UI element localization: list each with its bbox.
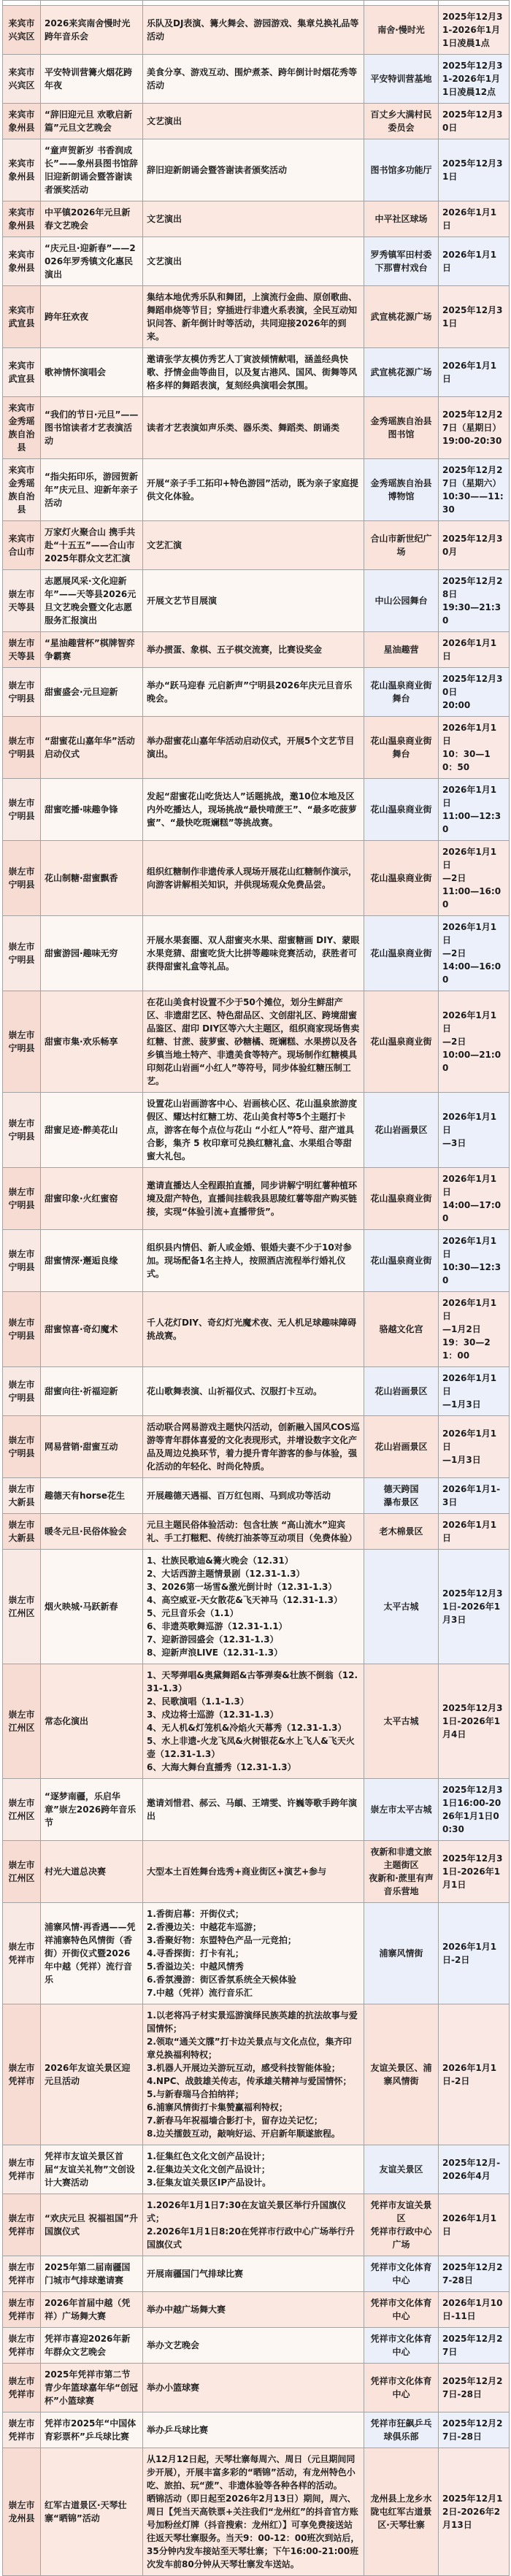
event-name-cell: 烟火映城·马跃新春 — [41, 1550, 143, 1664]
date-cell: 2025年12月27日-28日 — [439, 2364, 510, 2412]
venue-cell: 武宣桃花源广场 — [364, 348, 439, 397]
venue-cell: 太平古城 — [364, 1664, 439, 1779]
region-cell: 崇左市凭祥市 — [3, 1903, 41, 2004]
event-name-cell: 2025年凭祥市第二节青少年篮球嘉年华“创冠杯”小篮球赛 — [41, 2364, 143, 2412]
event-name-cell: 甜蜜向往·祈福迎新 — [41, 1367, 143, 1416]
venue-cell: 崇左市太平古城 — [364, 1779, 439, 1841]
event-content-cell: 1、壮族民歌迪&篝火晚会（12.31） 2、大话西游主题情景剧（12.31-1.… — [143, 1550, 364, 1664]
date-cell: 2025年12月27-28日 — [439, 2256, 510, 2292]
event-name-cell: 跨年狂欢夜 — [41, 286, 143, 348]
event-name-cell: “童声贺新岁 书香润成长”——象州县图书馆辞旧迎新朗诵会暨答谢读者颁奖活动 — [41, 139, 143, 201]
event-content-cell: 1.以老将冯子材实景巡游演绎民族英雄的抗法故事与爱国情怀； 2.领取“通关文牒”… — [143, 2004, 364, 2145]
event-name-cell: 2025年第二届南疆国门城市气排球邀请赛 — [41, 2256, 143, 2292]
venue-cell: 浦寨风情街 — [364, 1903, 439, 2004]
table-row: 来宾市象州县 “庆元旦·迎新春”——2026年罗秀镇文化惠民演出 文艺演出 罗秀… — [3, 237, 510, 286]
date-cell: 2026年1月1日 —1月3日 — [439, 1416, 510, 1478]
region-cell: 崇左市宁明县 — [3, 841, 41, 916]
table-row: 崇左市天等县 志愿展风采·文化迎新年”——天等县2026元旦文艺晚会暨文化志愿服… — [3, 570, 510, 632]
event-content-cell: 组织红糖制作非遗传承人现场开展花山红糖制作演示，向游客讲解相关知识，并供现场观众… — [143, 841, 364, 916]
event-content-cell: 从12月12日起，天琴壮寨每周六、周日（元旦期间同步开展），开展丰富多彩的“晒锦… — [143, 2448, 364, 2576]
event-content-cell: 文艺汇演 — [143, 521, 364, 570]
date-cell: 2025年12月31日16:00-2026年1月1日00:30 — [439, 1779, 510, 1841]
event-content-cell: 开展文艺节目展演 — [143, 570, 364, 632]
table-row: 来宾市武宣县 跨年狂欢夜 集结本地优秀乐队和舞团，上演流行金曲、原创歌曲、舞蹈串… — [3, 286, 510, 348]
date-cell: 2025年12月27日 — [439, 2328, 510, 2364]
event-name-cell: 甜蜜足迹·醉美花山 — [41, 1093, 143, 1168]
venue-cell: 金秀瑶族自治县博物馆 — [364, 459, 439, 521]
event-content-cell: 美食分享、游戏互动、围炉煮茶、跨年倒计时烟花秀等活动 — [143, 55, 364, 104]
region-cell: 崇左市凭祥市 — [3, 2145, 41, 2194]
region-cell: 崇左市宁明县 — [3, 916, 41, 991]
event-content-cell: 举办文艺晚会 — [143, 2328, 364, 2364]
event-name-cell: 志愿展风采·文化迎新年”——天等县2026元旦文艺晚会暨文化志愿服务汇报演出 — [41, 570, 143, 632]
region-cell: 崇左市江州区 — [3, 1550, 41, 1664]
event-content-cell: 举办甜蜜花山嘉年华活动启动仪式，开展5个文艺节目演出。 — [143, 717, 364, 779]
venue-cell: 花山岩画景区 — [364, 1367, 439, 1416]
event-content-cell: 开展水果套圈、双人甜蜜夹水果、甜蜜糖画 DIY、蒙眼水果竞猜、甜蜜吃货大比拼等趣… — [143, 916, 364, 991]
region-cell: 崇左市江州区 — [3, 1841, 41, 1903]
date-cell: 2026年1月1日 —2日 10:00—21:00 — [439, 991, 510, 1093]
event-content-cell: 1.征集红色文化文创产品设计； 2.征集边关文化文创产品设计； 3.征集友谊关景… — [143, 2145, 364, 2194]
event-name-cell: “星油趣营杯”棋牌智弈争霸赛 — [41, 632, 143, 668]
table-row: 崇左市大新县 暖冬元旦·民俗体验会 元旦主题民俗体验活动：包含壮族 “高山流水”… — [3, 1514, 510, 1550]
event-content-cell: 文艺演出 — [143, 104, 364, 139]
date-cell: 2026年1月1日 — [439, 1514, 510, 1550]
event-content-cell: 发起“甜蜜花山吃货达人”话题挑战，邀10位本地及区内外吃播达人，现场挑战“最快啃… — [143, 779, 364, 841]
event-content-cell: 1.香街启幕：开街仪式； 2.香漫边关：中越花车巡游； 3.香聚好物：东盟特色产… — [143, 1903, 364, 2004]
date-cell: 2025年12月28日 19:30—21:30 — [439, 570, 510, 632]
venue-cell: 凭祥市文化体育中心 — [364, 2256, 439, 2292]
event-content-cell: 举办乒乓球比赛 — [143, 2412, 364, 2448]
date-cell: 2025年12月30日 20:00 — [439, 668, 510, 717]
event-content-cell: 花山歌舞表演、山祈福仪式、汉服打卡互动。 — [143, 1367, 364, 1416]
table-row: 崇左市江州区 常态化演出 1、天琴弹唱&奥黛舞蹈&古筝弹奏&壮族不倒翁（12.3… — [3, 1664, 510, 1779]
table-row: 崇左市凭祥市 浦寨风情·再香遇——凭祥浦寨特色风情街（香街）开街仪式暨2026年… — [3, 1903, 510, 2004]
venue-cell: 平安特训营基地 — [364, 55, 439, 104]
venue-cell: 花山温泉商业街 — [364, 916, 439, 991]
event-name-cell: 甜蜜印象·火红蜜窑 — [41, 1168, 143, 1230]
table-row: 崇左市凭祥市 2025年第二届南疆国门城市气排球邀请赛 开展南疆国门气排球比赛 … — [3, 2256, 510, 2292]
table-row: 崇左市龙州县 红军古道景区·天琴壮寨“晒锦”活动 从12月12日起，天琴壮寨每周… — [3, 2448, 510, 2576]
table-row: 崇左市宁明县 甜蜜印象·火红蜜窑 邀请直播达人全程跟拍直播，同步讲解宁明红薯种植… — [3, 1168, 510, 1230]
event-name-cell: 暖冬元旦·民俗体验会 — [41, 1514, 143, 1550]
region-cell: 崇左市宁明县 — [3, 1367, 41, 1416]
region-cell: 崇左市凭祥市 — [3, 2256, 41, 2292]
region-cell: 崇左市宁明县 — [3, 668, 41, 717]
event-content-cell: 文艺演出 — [143, 201, 364, 237]
event-content-cell: 千人花灯DIY、奇幻灯光魔术夜、无人机足球趣味障碍挑战赛。 — [143, 1292, 364, 1367]
table-row: 崇左市宁明县 花山制糖·甜蜜飘香 组织红糖制作非遗传承人现场开展花山红糖制作演示… — [3, 841, 510, 916]
region-cell: 崇左市大新县 — [3, 1514, 41, 1550]
venue-cell: 友谊关景区、浦寨风情街 — [364, 2004, 439, 2145]
region-cell: 崇左市江州区 — [3, 1664, 41, 1779]
region-cell: 崇左市宁明县 — [3, 717, 41, 779]
venue-cell: 武宣桃花源广场 — [364, 286, 439, 348]
table-row: 崇左市宁明县 “甜蜜花山嘉年华”活动启动仪式 举办甜蜜花山嘉年华活动启动仪式，开… — [3, 717, 510, 779]
region-cell: 崇左市天等县 — [3, 632, 41, 668]
event-content-cell: 举办小篮球赛 — [143, 2364, 364, 2412]
venue-cell: 南舍·慢时光 — [364, 6, 439, 55]
venue-cell: 夜新和非遗文旅主题街区 夜新和·蔗里有声音乐营地 — [364, 1841, 439, 1903]
table-row: 崇左市宁明县 甜蜜足迹·醉美花山 设置花山岩画游客中心、岩画核心区、花山温泉旅游… — [3, 1093, 510, 1168]
date-cell: 2025年12月27日（星期六）10:30——11:30 — [439, 459, 510, 521]
date-cell: 2026年1月1日 — [439, 2194, 510, 2256]
table-row: 崇左市宁明县 网易营销·甜蜜互动 活动联合网易游戏主题快闪活动，创新融入国风CO… — [3, 1416, 510, 1478]
event-content-cell: 1、天琴弹唱&奥黛舞蹈&古筝弹奏&壮族不倒翁（12.31-1.3） 2、民歌演唱… — [143, 1664, 364, 1779]
date-cell: 2026年1月1日 10:30—12:30 — [439, 1230, 510, 1292]
table-row: 来宾市兴宾区 平安特训营篝火烟花跨年夜 美食分享、游戏互动、围炉煮茶、跨年倒计时… — [3, 55, 510, 104]
event-content-cell: 设置花山岩画游客中心、岩画核心区、花山温泉旅游度假区、耀达村红糖工坊、花山美食村… — [143, 1093, 364, 1168]
region-cell: 崇左市天等县 — [3, 570, 41, 632]
venue-cell: 金秀瑶族自治县图书馆 — [364, 397, 439, 459]
events-table-page: 来宾市兴宾区 2026来宾南舍慢时光跨年音乐会 乐队及DJ表演、篝火舞会、游园游… — [0, 0, 511, 2576]
event-name-cell: 趣德天有horse花生 — [41, 1478, 143, 1514]
region-cell: 崇左市凭祥市 — [3, 2328, 41, 2364]
event-content-cell: 邀请直播达人全程跟拍直播，同步讲解宁明红薯种植环境及甜产特色，直播间挂载我县思陵… — [143, 1168, 364, 1230]
venue-cell: 星油趣营 — [364, 632, 439, 668]
event-name-cell: “庆元旦·迎新春”——2026年罗秀镇文化惠民演出 — [41, 237, 143, 286]
event-content-cell: 开展南疆国门气排球比赛 — [143, 2256, 364, 2292]
region-cell: 崇左市宁明县 — [3, 1230, 41, 1292]
venue-cell: 合山市新世纪广场 — [364, 521, 439, 570]
events-table: 来宾市兴宾区 2026来宾南舍慢时光跨年音乐会 乐队及DJ表演、篝火舞会、游园游… — [2, 0, 510, 2576]
event-name-cell: 凭祥市2025年“中国体育彩票杯”乒乓球比赛 — [41, 2412, 143, 2448]
date-cell: 2025年12月31日-2026年1月3日 — [439, 1550, 510, 1664]
event-name-cell: 甜蜜盛会·元旦迎新 — [41, 668, 143, 717]
date-cell: 2026年1月1日 —3日 — [439, 1093, 510, 1168]
event-content-cell: 集结本地优秀乐队和舞团，上演流行金曲、原创歌曲、舞蹈串烧等节目；穿插进行非遗火系… — [143, 286, 364, 348]
event-content-cell: 邀请刘惜君、郝云、马頔、王靖雯、许巍等歌手跨年演出 — [143, 1779, 364, 1841]
date-cell: 2025年12月27日-28日 — [439, 2412, 510, 2448]
date-cell: 2026年1月1日 14:00—17:00 — [439, 1168, 510, 1230]
event-name-cell: 中平镇2026年元旦新春文艺晚会 — [41, 201, 143, 237]
event-content-cell: 开展“亲子手工拓印+特色游园”活动，既为亲子家庭提供文化体验。 — [143, 459, 364, 521]
event-content-cell: 读者才艺表演如声乐类、器乐类、舞蹈类、朗诵类 — [143, 397, 364, 459]
event-name-cell: “甜蜜花山嘉年华”活动启动仪式 — [41, 717, 143, 779]
event-content-cell: 开展趣德天遇福、百万红包雨、马到成功等活动 — [143, 1478, 364, 1514]
region-cell: 崇左市宁明县 — [3, 779, 41, 841]
venue-cell: 花山温泉商业街 — [364, 1168, 439, 1230]
region-cell: 来宾市兴宾区 — [3, 55, 41, 104]
event-content-cell: 元旦主题民俗体验活动：包含壮族 “高山流水”迎宾礼、手工打糍粑、传统打油茶等互动… — [143, 1514, 364, 1550]
region-cell: 来宾市象州县 — [3, 237, 41, 286]
event-name-cell: “我们的节日·元旦”—— 图书馆读者才艺表演活动 — [41, 397, 143, 459]
event-name-cell: 甜蜜游园·趣味无穷 — [41, 916, 143, 991]
date-cell: 2026年1月1日 — [439, 201, 510, 237]
region-cell: 崇左市凭祥市 — [3, 2004, 41, 2145]
venue-cell: 凭祥市文化体育中心 — [364, 2292, 439, 2328]
venue-cell: 骆越文化宫 — [364, 1292, 439, 1367]
venue-cell: 花山温泉商业街 — [364, 779, 439, 841]
event-content-cell: 乐队及DJ表演、篝火舞会、游园游戏、集章兑换礼品等活动 — [143, 6, 364, 55]
region-cell: 崇左市凭祥市 — [3, 2292, 41, 2328]
date-cell: 2026年1月1日-2日 — [439, 2004, 510, 2145]
event-content-cell: 在花山美食村设置不少于50个摊位，划分生鲜甜产区、非遗甜艺区、特色甜品区、文创甜… — [143, 991, 364, 1093]
table-row: 崇左市凭祥市 2026年友谊关景区迎元旦活动 1.以老将冯子材实景巡游演绎民族英… — [3, 2004, 510, 2145]
venue-cell: 龙州县上龙乡水陇屯红军古道景区·天琴壮寨 — [364, 2448, 439, 2576]
date-cell: 2025年12月27日（星期日）19:00-20:30 — [439, 397, 510, 459]
date-cell: 2025年12月31日-2026年1月4日 — [439, 1664, 510, 1779]
region-cell: 来宾市武宣县 — [3, 286, 41, 348]
event-content-cell: 活动联合网易游戏主题快闪活动，创新融入国风COS巡游等青年群体喜爱的文化表现形式… — [143, 1416, 364, 1478]
region-cell: 崇左市宁明县 — [3, 991, 41, 1093]
region-cell: 崇左市宁明县 — [3, 1292, 41, 1367]
date-cell: 2025年12月31-2026年1月1日凌晨12点 — [439, 55, 510, 104]
event-name-cell: 常态化演出 — [41, 1664, 143, 1779]
date-cell: 2026年1月1日 10：30—10：50 — [439, 717, 510, 779]
date-cell: 2026年1月1日 —1月2日 19：30—21：00 — [439, 1292, 510, 1367]
date-cell: 2025年12月31日 — [439, 286, 510, 348]
region-cell: 崇左市凭祥市 — [3, 2412, 41, 2448]
event-name-cell: 2026年首届中越（凭祥）广场舞大赛 — [41, 2292, 143, 2328]
table-row: 崇左市江州区 “逐梦南疆，乐启华章”崇左2026跨年音乐节 邀请刘惜君、郝云、马… — [3, 1779, 510, 1841]
table-row: 来宾市武宣县 歌神情怀演唱会 邀请张学友模仿秀艺人丁寅波倾情献唱，涵盖经典快歌、… — [3, 348, 510, 397]
table-row: 来宾市象州县 “童声贺新岁 书香润成长”——象州县图书馆辞旧迎新朗诵会暨答谢读者… — [3, 139, 510, 201]
table-row: 来宾市金秀瑶族自治县 “指尖拓印乐，游园贺新年”庆元旦、迎新年亲子活动 开展“亲… — [3, 459, 510, 521]
region-cell: 来宾市合山市 — [3, 521, 41, 570]
date-cell: 2026年1月1-3日 — [439, 1478, 510, 1514]
table-row: 来宾市兴宾区 2026来宾南舍慢时光跨年音乐会 乐队及DJ表演、篝火舞会、游园游… — [3, 6, 510, 55]
event-name-cell: 甜蜜吃播·味趣争锋 — [41, 779, 143, 841]
table-row: 崇左市凭祥市 凭祥市友谊关景区首届“友谊关礼物”文创设计大赛活动 1.征集红色文… — [3, 2145, 510, 2194]
region-cell: 崇左市龙州县 — [3, 2448, 41, 2576]
date-cell: 2026年1月1日-2日 — [439, 1903, 510, 2004]
event-name-cell: 2026来宾南舍慢时光跨年音乐会 — [41, 6, 143, 55]
region-cell: 崇左市宁明县 — [3, 1093, 41, 1168]
venue-cell: 凭祥市友谊关景区 凭祥市行政中心广场 — [364, 2194, 439, 2256]
date-cell: 2026年1月1日 —2日 14:00—16:00 — [439, 916, 510, 991]
event-name-cell: “欢庆元旦 祝福祖国”升国旗仪式 — [41, 2194, 143, 2256]
region-cell: 来宾市金秀瑶族自治县 — [3, 397, 41, 459]
region-cell: 崇左市宁明县 — [3, 1168, 41, 1230]
venue-cell: 花山温泉商业街舞台 — [364, 668, 439, 717]
cropped-top-row — [3, 1, 510, 6]
event-content-cell: 举办掼蛋、象棋、五子棋交流赛，比赛设奖金 — [143, 632, 364, 668]
venue-cell: 花山温泉商业街 — [364, 991, 439, 1093]
table-row: 来宾市象州县 中平镇2026年元旦新春文艺晚会 文艺演出 中平社区球场 2026… — [3, 201, 510, 237]
event-name-cell: 歌神情怀演唱会 — [41, 348, 143, 397]
date-cell: 2025年12月31日-2026年1月1日 — [439, 1841, 510, 1903]
date-cell: 2026年1月1日 — [439, 348, 510, 397]
region-cell: 崇左市江州区 — [3, 1779, 41, 1841]
table-row: 崇左市凭祥市 2025年凭祥市第二节青少年篮球嘉年华“创冠杯”小篮球赛 举办小篮… — [3, 2364, 510, 2412]
region-cell: 来宾市兴宾区 — [3, 6, 41, 55]
region-cell: 来宾市象州县 — [3, 201, 41, 237]
table-row: 崇左市江州区 烟火映城·马跃新春 1、壮族民歌迪&篝火晚会（12.31） 2、大… — [3, 1550, 510, 1664]
event-name-cell: 村光大道总决赛 — [41, 1841, 143, 1903]
event-name-cell: 万家灯火聚合山 携手共赴“十五五”——合山市2025年群众文艺汇演 — [41, 521, 143, 570]
venue-cell: 太平古城 — [364, 1550, 439, 1664]
region-cell: 来宾市象州县 — [3, 139, 41, 201]
table-row: 崇左市宁明县 甜蜜惊喜·奇幻魔术 千人花灯DIY、奇幻灯光魔术夜、无人机足球趣味… — [3, 1292, 510, 1367]
region-cell: 崇左市凭祥市 — [3, 2194, 41, 2256]
table-row: 崇左市宁明县 甜蜜向往·祈福迎新 花山歌舞表演、山祈福仪式、汉服打卡互动。 花山… — [3, 1367, 510, 1416]
table-row: 来宾市象州县 “辞旧迎元旦 欢歌启新篇”元旦文艺晚会 文艺演出 百丈乡大满村民委… — [3, 104, 510, 139]
event-name-cell: 甜蜜市集·欢乐畅享 — [41, 991, 143, 1093]
table-row: 崇左市宁明县 甜蜜盛会·元旦迎新 举办“跃马迎春 元启新声”宁明县2026年庆元… — [3, 668, 510, 717]
table-row: 崇左市宁明县 甜蜜市集·欢乐畅享 在花山美食村设置不少于50个摊位，划分生鲜甜产… — [3, 991, 510, 1093]
venue-cell: 花山温泉商业街 — [364, 1230, 439, 1292]
event-content-cell: 文艺演出 — [143, 237, 364, 286]
date-cell: 2026年1月1日 11:00—12:30 — [439, 779, 510, 841]
event-content-cell: 辞旧迎新朗诵会暨答谢读者颁奖活动 — [143, 139, 364, 201]
event-name-cell: 甜蜜惊喜·奇幻魔术 — [41, 1292, 143, 1367]
venue-cell: 老木棉景区 — [364, 1514, 439, 1550]
event-name-cell: “指尖拓印乐，游园贺新年”庆元旦、迎新年亲子活动 — [41, 459, 143, 521]
table-row: 崇左市宁明县 甜蜜吃播·味趣争锋 发起“甜蜜花山吃货达人”话题挑战，邀10位本地… — [3, 779, 510, 841]
date-cell: 2025年12月12日-2026年2月13日 — [439, 2448, 510, 2576]
event-name-cell: 凭祥市喜迎2026年新年群众文艺晚会 — [41, 2328, 143, 2364]
date-cell: 2025年12月30日 — [439, 104, 510, 139]
date-cell: 2025年12月-2026年4月 — [439, 2145, 510, 2194]
table-row: 崇左市凭祥市 2026年首届中越（凭祥）广场舞大赛 举办中越广场舞大赛 凭祥市文… — [3, 2292, 510, 2328]
venue-cell: 图书馆多功能厅 — [364, 139, 439, 201]
venue-cell: 花山岩画景区 — [364, 1416, 439, 1478]
table-row: 崇左市大新县 趣德天有horse花生 开展趣德天遇福、百万红包雨、马到成功等活动… — [3, 1478, 510, 1514]
event-content-cell: 举办“跃马迎春 元启新声”宁明县2026年庆元旦音乐晚会。 — [143, 668, 364, 717]
venue-cell: 友谊关景区 — [364, 2145, 439, 2194]
venue-cell: 凭祥市文化体育中心 — [364, 2328, 439, 2364]
event-content-cell: 邀请张学友模仿秀艺人丁寅波倾情献唱，涵盖经典快歌、抒情金曲等曲目，以及复古港风、… — [143, 348, 364, 397]
date-cell: 2026年1月10日-11日 — [439, 2292, 510, 2328]
event-name-cell: 网易营销·甜蜜互动 — [41, 1416, 143, 1478]
event-name-cell: “辞旧迎元旦 欢歌启新篇”元旦文艺晚会 — [41, 104, 143, 139]
table-row: 崇左市宁明县 甜蜜情深·邂逅良缘 组织县内情侣、新人或金婚、银婚夫妻不少于10对… — [3, 1230, 510, 1292]
date-cell: 2026年1月1日 —1月3日 — [439, 1367, 510, 1416]
region-cell: 崇左市凭祥市 — [3, 2364, 41, 2412]
table-row: 来宾市金秀瑶族自治县 “我们的节日·元旦”—— 图书馆读者才艺表演活动 读者才艺… — [3, 397, 510, 459]
venue-cell: 中平社区球场 — [364, 201, 439, 237]
event-name-cell: 凭祥市友谊关景区首届“友谊关礼物”文创设计大赛活动 — [41, 2145, 143, 2194]
date-cell: 2026年1月1日 —2日 11:00—16:00 — [439, 841, 510, 916]
region-cell: 来宾市金秀瑶族自治县 — [3, 459, 41, 521]
event-name-cell: 甜蜜情深·邂逅良缘 — [41, 1230, 143, 1292]
venue-cell: 凭祥市文化体育中心 — [364, 2364, 439, 2412]
event-name-cell: 浦寨风情·再香遇——凭祥浦寨特色风情街（香街）开街仪式暨2026年中越（凭祥）流… — [41, 1903, 143, 2004]
date-cell: 2026年1月1日 — [439, 237, 510, 286]
table-row: 崇左市凭祥市 凭祥市喜迎2026年新年群众文艺晚会 举办文艺晚会 凭祥市文化体育… — [3, 2328, 510, 2364]
venue-cell: 花山温泉商业街 — [364, 841, 439, 916]
event-content-cell: 举办中越广场舞大赛 — [143, 2292, 364, 2328]
region-cell: 崇左市大新县 — [3, 1478, 41, 1514]
table-row: 来宾市合山市 万家灯火聚合山 携手共赴“十五五”——合山市2025年群众文艺汇演… — [3, 521, 510, 570]
venue-cell: 罗秀镇军田村委下那曹村戏台 — [364, 237, 439, 286]
table-row: 崇左市凭祥市 “欢庆元旦 祝福祖国”升国旗仪式 1.2026年1月1日7:30在… — [3, 2194, 510, 2256]
events-table-body: 来宾市兴宾区 2026来宾南舍慢时光跨年音乐会 乐队及DJ表演、篝火舞会、游园游… — [3, 1, 510, 2576]
event-content-cell: 组织县内情侣、新人或金婚、银婚夫妻不少于10对参加。现场配备1名主持人，按照酒店… — [143, 1230, 364, 1292]
region-cell: 来宾市武宣县 — [3, 348, 41, 397]
table-row: 崇左市江州区 村光大道总决赛 大型本土百姓舞台选秀+商业街区+演艺+参与 夜新和… — [3, 1841, 510, 1903]
date-cell: 2025年12月30月 — [439, 521, 510, 570]
event-name-cell: 红军古道景区·天琴壮寨“晒锦”活动 — [41, 2448, 143, 2576]
event-content-cell: 大型本土百姓舞台选秀+商业街区+演艺+参与 — [143, 1841, 364, 1903]
table-row: 崇左市天等县 “星油趣营杯”棋牌智弈争霸赛 举办掼蛋、象棋、五子棋交流赛，比赛设… — [3, 632, 510, 668]
event-name-cell: “逐梦南疆，乐启华章”崇左2026跨年音乐节 — [41, 1779, 143, 1841]
date-cell: 2026年1月1日 — [439, 632, 510, 668]
event-name-cell: 花山制糖·甜蜜飘香 — [41, 841, 143, 916]
region-cell: 来宾市象州县 — [3, 104, 41, 139]
event-name-cell: 平安特训营篝火烟花跨年夜 — [41, 55, 143, 104]
region-cell: 崇左市宁明县 — [3, 1416, 41, 1478]
venue-cell: 花山岩画景区 — [364, 1093, 439, 1168]
event-name-cell: 2026年友谊关景区迎元旦活动 — [41, 2004, 143, 2145]
venue-cell: 德天跨国 瀑布景区 — [364, 1478, 439, 1514]
venue-cell: 百丈乡大满村民委员会 — [364, 104, 439, 139]
table-row: 崇左市宁明县 甜蜜游园·趣味无穷 开展水果套圈、双人甜蜜夹水果、甜蜜糖画 DIY… — [3, 916, 510, 991]
venue-cell: 中山公园舞台 — [364, 570, 439, 632]
event-content-cell: 1.2026年1月1日7:30在友谊关景区举行升国旗仪式； 2.2026年1月1… — [143, 2194, 364, 2256]
table-row: 崇左市凭祥市 凭祥市2025年“中国体育彩票杯”乒乓球比赛 举办乒乓球比赛 凭祥… — [3, 2412, 510, 2448]
date-cell: 2025年12月31-2026年1月1日凌晨1点 — [439, 6, 510, 55]
venue-cell: 凭祥市狂飙乒乓球俱乐部 — [364, 2412, 439, 2448]
venue-cell: 花山温泉商业街舞台 — [364, 717, 439, 779]
date-cell: 2025年12月31日 — [439, 139, 510, 201]
